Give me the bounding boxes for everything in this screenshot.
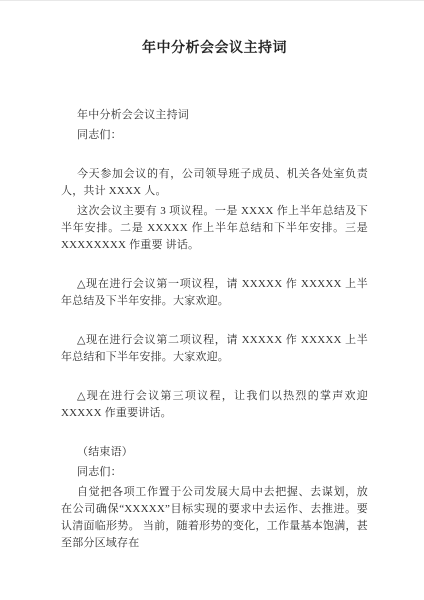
paragraph-agenda-item-2: △现在进行会议第二项议程，请 XXXXX 作 XXXXX 上半年总结和下半年安排… (61, 332, 368, 366)
paragraph-closing: 自觉把各项工作置于公司发展大局中去把握、去谋划，放在公司确保“XXXXX”目标实… (61, 484, 368, 552)
paragraph-agenda: 这次会议主要有 3 项议程。一是 XXXX 作上半年总结及下半年安排。二是 XX… (61, 203, 368, 254)
salutation-closing: 同志们： (61, 464, 368, 481)
page-title: 年中分析会会议主持词 (61, 39, 368, 59)
body-title: 年中分析会会议主持词 (61, 107, 368, 124)
paragraph-agenda-item-1: △现在进行会议第一项议程，请 XXXXX 作 XXXXX 上半年总结及下半年安排… (61, 276, 368, 310)
document-page: 年中分析会会议主持词 年中分析会会议主持词 同志们： 今天参加会议的有，公司领导… (0, 0, 424, 600)
salutation-opening: 同志们： (61, 127, 368, 144)
document-body: 年中分析会会议主持词 年中分析会会议主持词 同志们： 今天参加会议的有，公司领导… (0, 1, 424, 600)
closing-remarks-label: （结束语） (61, 444, 368, 461)
paragraph-attendance: 今天参加会议的有，公司领导班子成员、机关各处室负责人，共计 XXXX 人。 (61, 166, 368, 200)
paragraph-agenda-item-3: △现在进行会议第三项议程，让我们以热烈的掌声欢迎 XXXXX 作重要讲话。 (61, 388, 368, 422)
